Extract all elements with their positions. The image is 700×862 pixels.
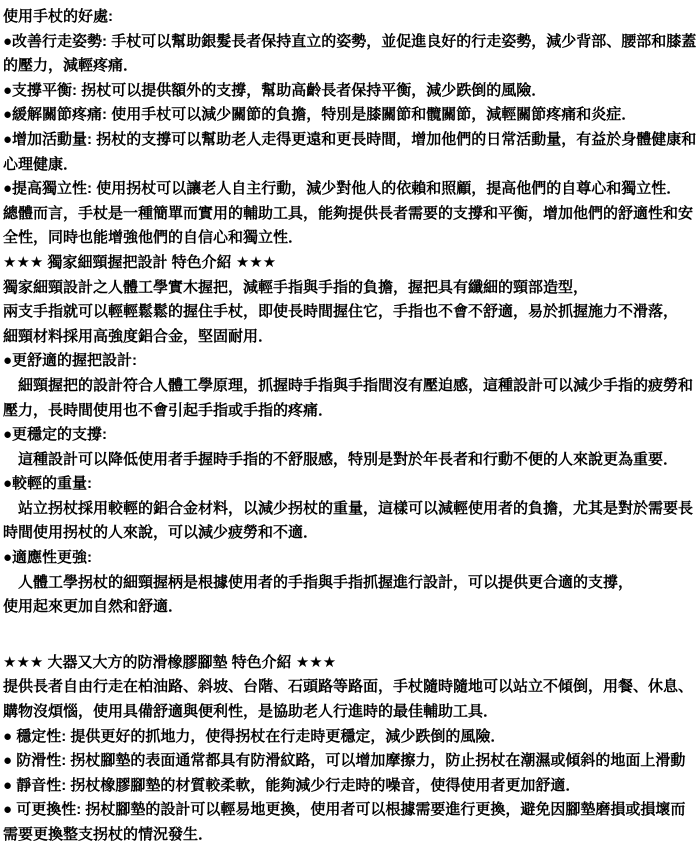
footpad-item-replaceable: ● 可更換性: 拐杖腳墊的設計可以輕易地更換，使用者可以根據需要進行更換，避免因… [3, 798, 698, 847]
footpad-intro: 提供長者自由行走在柏油路、斜坡、台階、石頭路等路面，手杖隨時隨地可以站立不傾倒，… [3, 675, 698, 724]
grip-feature-body-adaptability: 人體工學拐杖的細頸握柄是根據使用者的手指與手指抓握進行設計，可以提供更合適的支撐… [3, 571, 698, 596]
product-description-document: 使用手杖的好處: ●改善行走姿勢: 手杖可以幫助銀髮長者保持直立的姿勢，並促進良… [0, 0, 700, 848]
benefit-item-activity: ●增加活動量: 拐杖的支撐可以幫助老人走得更遠和更長時間，增加他們的日常活動量，… [3, 128, 698, 177]
grip-feature-title-stability: ●更穩定的支撐: [3, 423, 698, 448]
benefits-summary: 總體而言，手杖是一種簡單而實用的輔助工具，能夠提供長者需要的支撐和平衡，增加他們… [3, 202, 698, 251]
benefit-item-balance: ●支撐平衡: 拐杖可以提供額外的支撐，幫助高齡長者保持平衡，減少跌倒的風險． [3, 79, 698, 104]
footpad-section-heading: ★★★ 大器又大方的防滑橡膠腳墊 特色介紹 ★★★ [3, 651, 698, 676]
footpad-item-antislip: ● 防滑性: 拐杖腳墊的表面通常都具有防滑紋路，可以增加摩擦力，防止拐杖在潮濕或… [3, 749, 698, 774]
benefit-item-independence: ●提高獨立性: 使用拐杖可以讓老人自主行動，減少對他人的依賴和照顧，提高他們的自… [3, 177, 698, 202]
footpad-item-stability: ● 穩定性: 提供更好的抓地力，使得拐杖在行走時更穩定，減少跌倒的風險． [3, 725, 698, 750]
grip-description-line: 兩支手指就可以輕輕鬆鬆的握住手杖，即使長時間握住它，手指也不會不舒適，易於抓握施… [3, 300, 698, 325]
benefit-item-posture: ●改善行走姿勢: 手杖可以幫助銀髮長者保持直立的姿勢，並促進良好的行走姿勢，減少… [3, 30, 698, 79]
grip-feature-body-stability: 這種設計可以降低使用者手握時手指的不舒服感，特別是對於年長者和行動不便的人來說更… [3, 448, 698, 473]
footpad-item-quiet: ● 靜音性: 拐杖橡膠腳墊的材質較柔軟，能夠減少行走時的噪音，使得使用者更加舒適… [3, 774, 698, 799]
grip-description-line: 細頸材料採用高強度鋁合金，堅固耐用． [3, 325, 698, 350]
grip-feature-title-adaptability: ●適應性更強: [3, 546, 698, 571]
grip-feature-body-weight: 站立拐杖採用較輕的鋁合金材料，以減少拐杖的重量，這樣可以減輕使用者的負擔，尤其是… [3, 497, 698, 546]
grip-feature-body-comfort: 細頸握把的設計符合人體工學原理，抓握時手指與手指間沒有壓迫感，這種設計可以減少手… [3, 374, 698, 423]
grip-feature-body-adaptability-cont: 使用起來更加自然和舒適． [3, 595, 698, 620]
benefits-heading: 使用手杖的好處: [3, 5, 698, 30]
grip-section-heading: ★★★ 獨家細頸握把設計 特色介紹 ★★★ [3, 251, 698, 276]
benefit-item-joint-pain: ●緩解關節疼痛: 使用手杖可以減少關節的負擔，特別是膝關節和髖關節，減輕關節疼痛… [3, 103, 698, 128]
grip-feature-title-weight: ●較輕的重量: [3, 472, 698, 497]
section-gap [3, 620, 698, 651]
grip-feature-title-comfort: ●更舒適的握把設計: [3, 349, 698, 374]
grip-description-line: 獨家細頸設計之人體工學實木握把，減輕手指與手指的負擔，握把具有纖細的頸部造型， [3, 276, 698, 301]
